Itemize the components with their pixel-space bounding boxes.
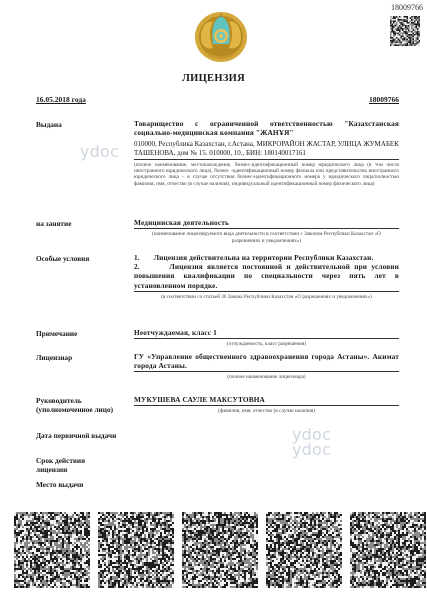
issued-to-address: 010000, Республика Казахстан, г.Астана, … xyxy=(134,140,399,157)
document-title: ЛИЦЕНЗИЯ xyxy=(0,73,427,84)
qr-code-icon xyxy=(350,512,426,588)
issued-to-field: Товарищество с ограниченной ответственно… xyxy=(134,119,399,187)
note-caption: (отчуждаемость, класс разрешения) xyxy=(134,341,399,347)
qr-code-icon xyxy=(98,512,174,588)
head-caption: (фамилия, имя, отчество (в случае наличи… xyxy=(134,408,399,414)
corner-document-number: 18009766 xyxy=(391,3,423,12)
issued-to-name: Товарищество с ограниченной ответственно… xyxy=(134,119,399,137)
head-value: МУКУШЕВА САУЛЕ МАКСУТОВНА xyxy=(134,395,399,404)
activity-value: Медицинская деятельность xyxy=(134,218,399,227)
special-condition-1: 1. Лицензия действительна на территории … xyxy=(134,253,399,262)
activity-field: Медицинская деятельность (наименование л… xyxy=(134,218,399,244)
qr-code-icon xyxy=(390,16,420,46)
note-label: Примечание xyxy=(36,329,77,338)
qr-code-icon xyxy=(14,512,90,588)
issue-date: 16.05.2018 года xyxy=(36,95,86,104)
validity-label: Срок действия лицензии xyxy=(36,456,85,474)
watermark: ydoc xyxy=(80,142,119,161)
licensor-field: ГУ «Управление общественного здравоохран… xyxy=(134,352,399,381)
validity-label-line2: лицензии xyxy=(36,465,85,474)
qr-code-icon xyxy=(266,512,342,588)
watermark: ydoc xyxy=(292,440,331,459)
license-number: 18009766 xyxy=(369,95,399,104)
divider xyxy=(134,338,399,339)
note-field: Неотчуждаемая, класс 1 (отчуждаемость, к… xyxy=(134,328,399,348)
special-conditions-caption: (в соответствии со статьей 36 Закона Рес… xyxy=(134,294,399,300)
state-emblem-icon xyxy=(193,8,249,64)
qr-code-icon xyxy=(182,512,258,588)
issued-to-caption: (полное наименование, местонахождение, б… xyxy=(134,162,399,188)
head-label: Руководитель (уполномоченное лицо) xyxy=(36,396,113,414)
note-value: Неотчуждаемая, класс 1 xyxy=(134,328,399,337)
qr-code-strip xyxy=(14,512,427,588)
divider xyxy=(134,228,399,229)
special-conditions-label: Особые условия xyxy=(36,254,89,263)
activity-label: на занятие xyxy=(36,219,71,228)
special-conditions-field: 1. Лицензия действительна на территории … xyxy=(134,253,399,300)
divider xyxy=(134,159,399,160)
head-label-line1: Руководитель xyxy=(36,396,113,405)
head-label-line2: (уполномоченное лицо) xyxy=(36,405,113,414)
licensor-value: ГУ «Управление общественного здравоохран… xyxy=(134,352,399,370)
place-of-issue-label: Место выдачи xyxy=(36,480,83,489)
issued-to-label: Выдана xyxy=(36,120,62,129)
divider xyxy=(134,291,399,292)
activity-caption: (наименование лицензируемого вида деятел… xyxy=(134,231,399,244)
licensor-caption: (полное наименование лицензиара) xyxy=(134,374,399,380)
special-condition-2: 2. Лицензия является постоянной и действ… xyxy=(134,262,399,290)
licensor-label: Лицензиар xyxy=(36,353,72,362)
divider xyxy=(134,405,399,406)
validity-label-line1: Срок действия xyxy=(36,456,85,465)
head-field: МУКУШЕВА САУЛЕ МАКСУТОВНА (фамилия, имя,… xyxy=(134,395,399,415)
divider xyxy=(134,371,399,372)
first-issue-date-label: Дата первичной выдачи xyxy=(36,431,116,440)
